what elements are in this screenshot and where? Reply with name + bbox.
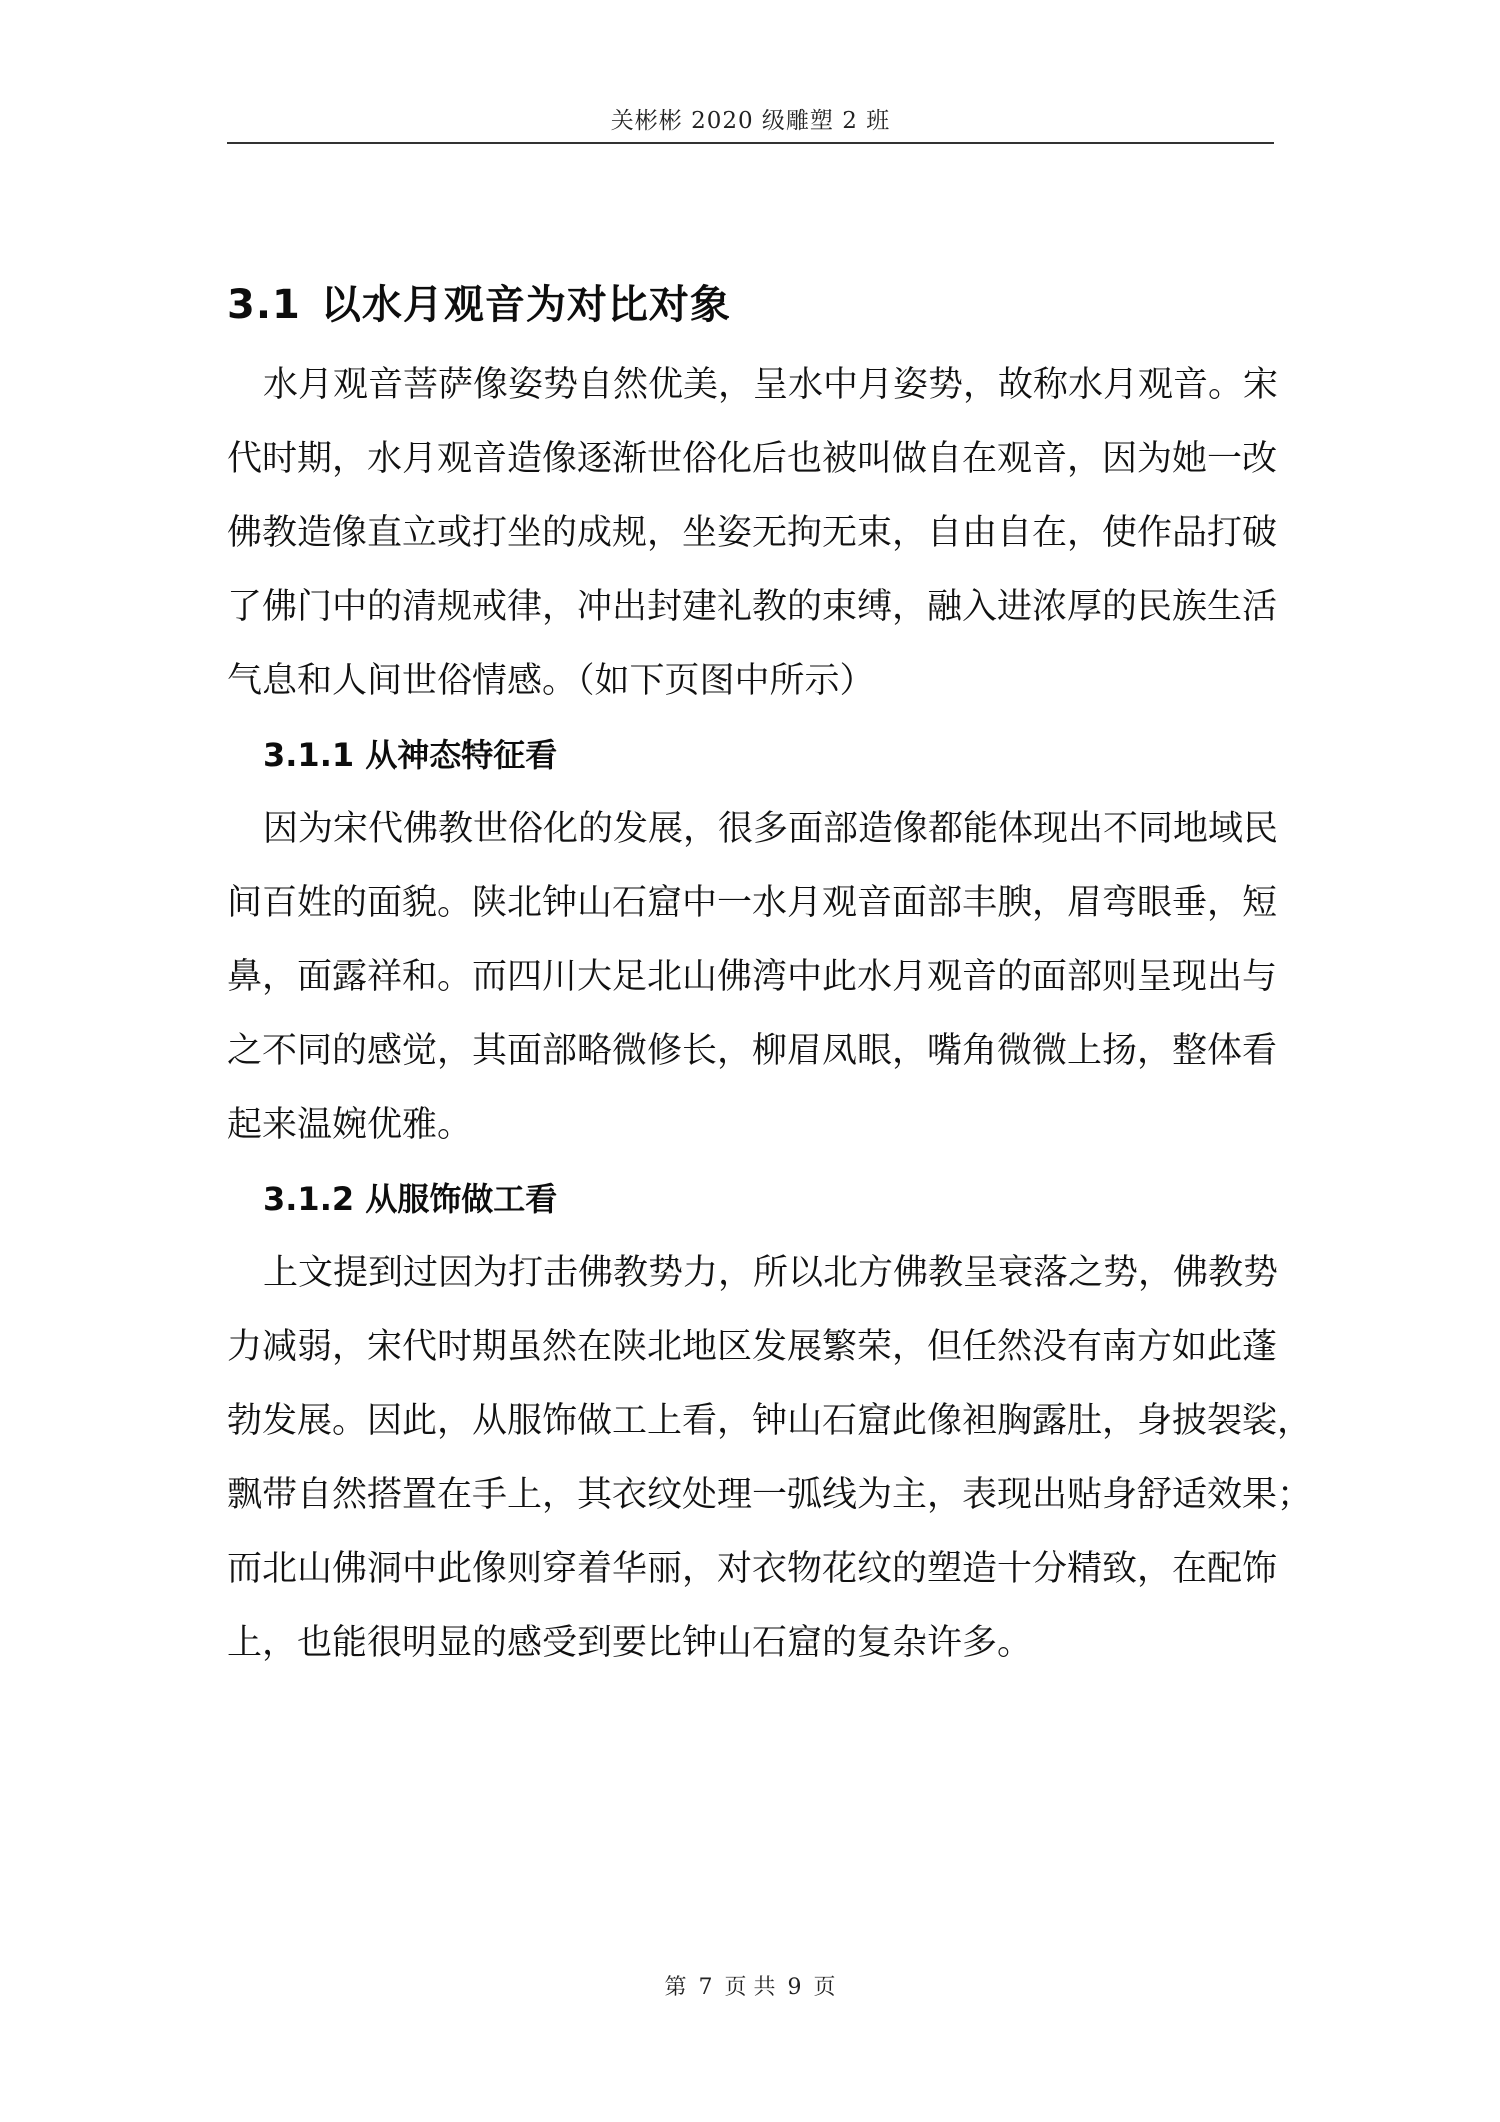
paragraph-line: 因为宋代佛教世俗化的发展，很多面部造像都能体现出不同地域民 <box>227 792 1274 866</box>
paragraph-line: 之不同的感觉，其面部略微修长，柳眉凤眼，嘴角微微上扬，整体看 <box>227 1014 1274 1088</box>
section-number: 3.1 <box>227 282 301 328</box>
paragraph-line: 间百姓的面貌。陕北钟山石窟中一水月观音面部丰腴，眉弯眼垂，短 <box>227 866 1274 940</box>
page-footer: 第7页 共9页 <box>0 1968 1500 2008</box>
subsection-heading-costume: 3.1.2 从服饰做工看 <box>227 1162 1274 1236</box>
costume-paragraph: 上文提到过因为打击佛教势力，所以北方佛教呈衰落之势，佛教势 力减弱，宋代时期虽然… <box>227 1236 1274 1680</box>
facial-features-paragraph: 因为宋代佛教世俗化的发展，很多面部造像都能体现出不同地域民 间百姓的面貌。陕北钟… <box>227 792 1274 1162</box>
header-text: 关彬彬 2020 级雕塑 2 班 <box>611 100 890 142</box>
paragraph-line: 而北山佛洞中此像则穿着华丽，对衣物花纹的塑造十分精致，在配饰 <box>227 1532 1274 1606</box>
footer-middle: 页 共 <box>725 1975 776 2000</box>
total-page-count: 9 <box>788 1975 802 2000</box>
subsection-heading-facial: 3.1.1 从神态特征看 <box>227 718 1274 792</box>
section-title: 以水月观音为对比对象 <box>321 282 731 328</box>
document-body: 3.1以水月观音为对比对象 水月观音菩萨像姿势自然优美，呈水中月姿势，故称水月观… <box>227 262 1274 1680</box>
intro-paragraph: 水月观音菩萨像姿势自然优美，呈水中月姿势，故称水月观音。宋 代时期，水月观音造像… <box>227 348 1274 718</box>
paragraph-line: 代时期，水月观音造像逐渐世俗化后也被叫做自在观音，因为她一改 <box>227 422 1274 496</box>
section-heading: 3.1以水月观音为对比对象 <box>227 262 1274 348</box>
footer-prefix: 第 <box>664 1975 686 2000</box>
paragraph-line: 气息和人间世俗情感。（如下页图中所示） <box>227 644 1274 718</box>
paragraph-line: 力减弱，宋代时期虽然在陕北地区发展繁荣，但任然没有南方如此蓬 <box>227 1310 1274 1384</box>
footer-suffix: 页 <box>814 1975 836 2000</box>
paragraph-line: 佛教造像直立或打坐的成规，坐姿无拘无束，自由自在，使作品打破 <box>227 496 1274 570</box>
paragraph-line: 上，也能很明显的感受到要比钟山石窟的复杂许多。 <box>227 1606 1274 1680</box>
paragraph-line: 上文提到过因为打击佛教势力，所以北方佛教呈衰落之势，佛教势 <box>227 1236 1274 1310</box>
paragraph-line: 了佛门中的清规戒律，冲出封建礼教的束缚，融入进浓厚的民族生活 <box>227 570 1274 644</box>
page-header: 关彬彬 2020 级雕塑 2 班 <box>227 100 1274 144</box>
paragraph-line: 水月观音菩萨像姿势自然优美，呈水中月姿势，故称水月观音。宋 <box>227 348 1274 422</box>
paragraph-line: 飘带自然搭置在手上，其衣纹处理一弧线为主，表现出贴身舒适效果； <box>227 1458 1274 1532</box>
current-page-number: 7 <box>699 1975 713 2000</box>
paragraph-line: 鼻，面露祥和。而四川大足北山佛湾中此水月观音的面部则呈现出与 <box>227 940 1274 1014</box>
paragraph-line: 勃发展。因此，从服饰做工上看，钟山石窟此像袒胸露肚，身披袈裟， <box>227 1384 1274 1458</box>
paragraph-line: 起来温婉优雅。 <box>227 1088 1274 1162</box>
